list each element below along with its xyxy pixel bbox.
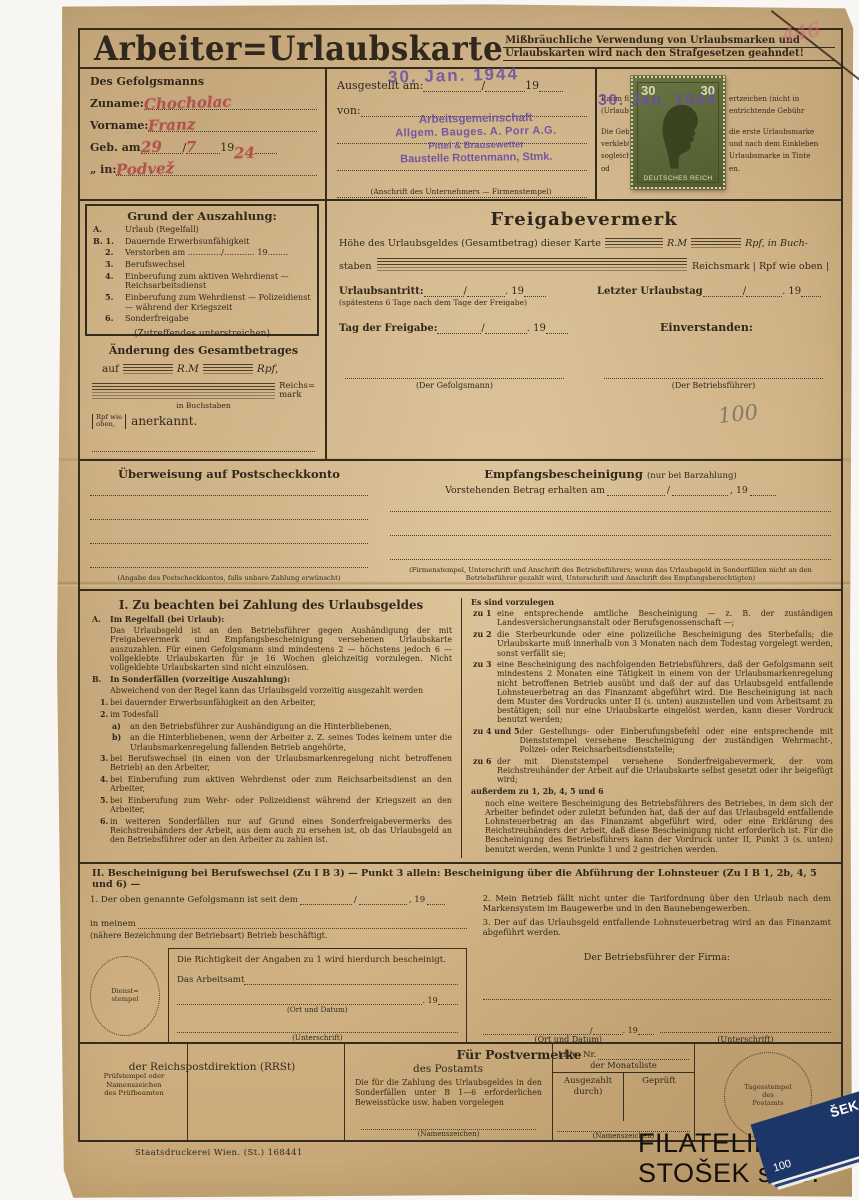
service-stamp-label: Dienst= stempel xyxy=(111,988,139,1004)
place-date-field: . 19 xyxy=(177,994,458,1005)
birthdate-field: Geb. am 29 / 7 19 24 xyxy=(90,141,317,154)
signature-caption: (Unterschrift) xyxy=(177,1033,458,1042)
fee-frag: Die Gebühr wird fälli xyxy=(601,126,629,138)
company-rubber-stamp: Arbeitsgemeinschaft Allgem. Bauges. A. P… xyxy=(352,110,601,168)
year-printed: . 19 xyxy=(505,286,524,297)
section-two-left: 1. Der oben genannte Gefolgsmann ist sei… xyxy=(90,894,483,942)
para-text: Es sind vorzulegen xyxy=(471,598,833,607)
para-number xyxy=(90,686,110,695)
fill-line xyxy=(390,501,831,512)
company-type-label: in meinem xyxy=(90,919,136,929)
rpf-wie-oben-2: oben, xyxy=(96,420,115,428)
certify-text: Die Richtigkeit der Angaben zu 1 wird hi… xyxy=(177,955,458,965)
fee-frag: ertzeichen (nicht in xyxy=(729,93,841,105)
para-text: im Todesfall xyxy=(110,710,452,719)
amount-words-rules xyxy=(377,258,687,272)
fill-line xyxy=(483,1024,590,1035)
firstname-fill-line: Franz xyxy=(148,121,317,132)
fill-line xyxy=(300,894,352,905)
tariff-note: 2. Mein Betrieb fällt nicht unter die Ta… xyxy=(483,894,831,914)
para-text: bei Einberufung zum aktiven Wehrdienst o… xyxy=(110,775,452,793)
vacation-end-field: Letzter Urlaubstag / . 19 xyxy=(571,286,829,297)
transfer-caption: (Angabe des Postscheckkontos, falls unba… xyxy=(90,574,368,582)
paragraph: 3.bei Berufswechsel (in einen von der Ur… xyxy=(90,754,452,772)
warning-line-2: Urlaubskarten wird nach den Strafgesetze… xyxy=(503,48,835,61)
reason-item: 3.Berufswechsel xyxy=(91,260,313,270)
signature-row: (Der Gefolgsmann) (Der Betriebsführer) xyxy=(339,368,829,390)
header-row: Arbeiter=Urlaubskarte Mißbräuchliche Ver… xyxy=(80,30,841,69)
fill-line xyxy=(750,485,776,496)
paragraph: Es sind vorzulegen xyxy=(471,598,833,607)
sticker-label: ŠEK xyxy=(828,1098,859,1121)
vacation-start-note: (spätestens 6 Tage nach dem Tage der Fre… xyxy=(339,298,829,307)
para-number xyxy=(471,799,485,854)
fill-line xyxy=(390,525,831,536)
rpf-wie-oben: Rpf wie oben, xyxy=(92,414,126,429)
firstname-value: Franz xyxy=(148,124,195,126)
receipt-title: Empfangsbescheinigung (nur bei Barzahlun… xyxy=(390,467,831,481)
reason-item: A.Urlaub (Regelfall) xyxy=(91,225,313,235)
amount-words-line: staben Reichsmark | Rpf wie oben | xyxy=(339,258,829,272)
year-printed: . 19 xyxy=(782,286,801,297)
signature-field xyxy=(177,1022,458,1033)
service-stamp-label-2: stempel xyxy=(111,995,138,1003)
fill-line xyxy=(244,974,457,985)
printer-imprint: Staatsdruckerei Wien. (St.) 168441 xyxy=(135,1148,303,1158)
date-stamp-on-revenue: 30. Jan. 1944 xyxy=(598,92,716,110)
paragraph: zu 6der mit Dienststempel versehene Sond… xyxy=(471,757,833,784)
acknowledged-line: Rpf wie oben, anerkannt. xyxy=(92,414,315,429)
fill-line xyxy=(593,1024,623,1035)
agreed-label: Einverstanden: xyxy=(584,321,829,334)
stamp-country-label: DEUTSCHES REICH xyxy=(633,175,723,182)
section-two-columns: 1. Der oben genannte Gefolgsmann ist sei… xyxy=(90,894,831,942)
paragraph: Abweichend von der Regel kann das Urlaub… xyxy=(90,686,452,695)
payout-reason-box: Grund der Auszahlung: A.Urlaub (Regelfal… xyxy=(85,204,319,336)
labor-office-field: Das Arbeitsamt xyxy=(177,974,458,985)
para-number: a) xyxy=(110,722,130,731)
section-two-right: 2. Mein Betrieb fällt nicht unter die Ta… xyxy=(483,894,831,942)
reason-text: Dauernde Erwerbsunfähigkeit xyxy=(125,237,313,247)
para-text: noch eine weitere Bescheinigung des Betr… xyxy=(485,799,833,854)
para-text: die Sterbeurkunde oder eine polizeiliche… xyxy=(497,630,833,657)
day-stamp-label: Tagesstempel des Postamts xyxy=(744,1084,791,1107)
section-one-right: Es sind vorzulegen zu 1eine entsprechend… xyxy=(462,598,833,858)
fee-frag: sogleich mit dem Ent xyxy=(601,150,629,162)
birth-month-line: 7 xyxy=(186,143,220,154)
signature-line xyxy=(604,368,823,379)
fee-frag: die erste Urlaubsmarke xyxy=(729,126,841,138)
fill-line xyxy=(424,286,464,297)
birth-year-line xyxy=(255,143,277,154)
amount-rules xyxy=(203,364,253,375)
reason-text: Urlaub (Regelfall) xyxy=(125,225,313,235)
paragraph: a)an den Betriebsführer zur Aushändigung… xyxy=(90,722,452,731)
para-number: 6. xyxy=(90,817,110,844)
surname-field: Zuname: Chocholac xyxy=(90,97,317,110)
received-label: Vorstehenden Betrag erhalten am xyxy=(445,485,605,496)
para-text: an die Hinterbliebenen, wenn der Arbeite… xyxy=(130,733,452,751)
received-line: Vorstehenden Betrag erhalten am / , 19 xyxy=(390,485,831,496)
initials-caption: (Namenszeichen) xyxy=(355,1130,542,1138)
fill-line xyxy=(90,485,368,496)
fill-line xyxy=(361,1119,536,1130)
fill-line xyxy=(746,286,782,297)
fill-line xyxy=(437,323,481,334)
para-text: Abweichend von der Regel kann das Urlaub… xyxy=(110,686,452,695)
para-text: außerdem zu 1, 2b, 4, 5 und 6 xyxy=(471,787,833,796)
reason-number: 5. xyxy=(91,293,125,312)
birthplace-label: „ in: xyxy=(90,163,116,176)
paid-by-label-2: durch) xyxy=(574,1087,603,1097)
signature-worker: (Der Gefolgsmann) xyxy=(345,368,564,390)
post-office-text: Die für die Zahlung des Urlaubsgeldes in… xyxy=(355,1078,542,1119)
para-text: Das Urlaubsgeld ist an den Betriebsführe… xyxy=(110,626,452,672)
paragraph: zu 4 und 5der Gestellungs- oder Einberuf… xyxy=(471,727,833,754)
in-words-caption: in Buchstaben xyxy=(92,401,315,410)
fee-frag: Urlaubsmarke in Tinte xyxy=(729,150,841,162)
day-stamp-label-3: Postamts xyxy=(752,1099,783,1107)
reason-text: Berufswechsel xyxy=(125,260,313,270)
fill-line xyxy=(672,485,728,496)
reichsmark-label: Reichs= mark xyxy=(279,382,315,400)
fill-line xyxy=(546,323,568,334)
birth-day-line: 29 xyxy=(141,143,183,154)
para-number: 4. xyxy=(90,775,110,793)
paragraph: zu 3eine Bescheinigung des nachfolgenden… xyxy=(471,660,833,724)
birthplace-field: „ in: Podvež xyxy=(90,163,317,176)
fee-frag: od xyxy=(601,163,629,175)
fill-line xyxy=(90,509,368,520)
amount-label: Höhe des Urlaubsgeldes (Gesamtbetrag) di… xyxy=(339,238,601,249)
issuer-caption: (Anschrift des Unternehmers — Firmenstem… xyxy=(327,187,595,196)
firstname-field: Vorname: Franz xyxy=(90,119,317,132)
birthplace-value: Podvež xyxy=(116,168,174,170)
place-date-caption: (Ort und Datum) xyxy=(177,1005,458,1014)
slash-glyph: / xyxy=(354,895,357,905)
fill-line xyxy=(467,286,505,297)
paragraph: 5.bei Einberufung zum Wehr- oder Polizei… xyxy=(90,796,452,814)
tax-note: 3. Der auf das Urlaubsgeld entfallende L… xyxy=(483,918,831,938)
firstname-label: Vorname: xyxy=(90,119,148,132)
firm-place-date-line: / . 19 xyxy=(483,1024,654,1035)
checked-cell: Geprüft xyxy=(624,1073,694,1121)
paragraph: 4.bei Einberufung zum aktiven Wehrdienst… xyxy=(90,775,452,793)
fill-line xyxy=(524,286,546,297)
firm-signature: (Unterschrift) xyxy=(660,1022,831,1044)
reason-item: B. 1.Dauernde Erwerbsunfähigkeit xyxy=(91,237,313,247)
fill-line xyxy=(177,1022,458,1033)
fill-line xyxy=(638,1024,654,1035)
inspector-note-3: des Prüfbeamten xyxy=(104,1089,164,1097)
vacation-start-label: Urlaubsantritt: xyxy=(339,286,424,297)
section-two-bottom: Dienst= stempel Die Richtigkeit der Anga… xyxy=(90,948,831,1044)
para-text: Im Regelfall (bei Urlaub): xyxy=(110,615,452,624)
para-text: in weiteren Sonderfällen nur auf Grund e… xyxy=(110,817,452,844)
fill-line xyxy=(483,989,831,1000)
para-text: eine entsprechende amtliche Bescheinigun… xyxy=(497,609,833,627)
fill-line xyxy=(177,994,422,1005)
section-one-left: I. Zu beachten bei Zahlung des Urlaubsge… xyxy=(90,598,462,858)
issued-year-printed: 19 xyxy=(525,79,539,92)
signature-employer-caption: (Der Betriebsführer) xyxy=(672,381,756,390)
sticker-value: 100 xyxy=(772,1158,793,1175)
fill-line xyxy=(427,894,445,905)
para-number: 1. xyxy=(90,698,110,707)
fill-line xyxy=(801,286,821,297)
inspector-note-2: Namenszeichen xyxy=(106,1081,161,1089)
firm-place-date: / . 19 (Ort und Datum) xyxy=(483,1024,654,1044)
company-type-field: in meinem xyxy=(90,918,467,929)
transfer-fill-lines xyxy=(90,481,368,572)
para-text: bei dauernder Erwerbsunfähigkeit an den … xyxy=(110,698,452,707)
inspector-note-1: Prüfstempel oder xyxy=(104,1072,165,1080)
signature-worker-caption: (Der Gefolgsmann) xyxy=(416,381,493,390)
postal-row: Für Postvermerke der Reichspostdirektion… xyxy=(80,1044,841,1140)
section-two-title: II. Bescheinigung bei Berufswechsel (Zu … xyxy=(90,868,831,890)
day-stamp-label-1: Tagesstempel xyxy=(744,1083,791,1091)
paragraph: B.In Sonderfällen (vorzeitige Auszahlung… xyxy=(90,675,452,684)
issued-year-line xyxy=(539,81,563,92)
section-one: I. Zu beachten bei Zahlung des Urlaubsge… xyxy=(80,591,841,864)
rm-label: R.M xyxy=(667,238,687,249)
surname-value: Chocholac xyxy=(144,101,231,104)
paragraph: 6.in weiteren Sonderfällen nur auf Grund… xyxy=(90,817,452,844)
paragraph: A.Im Regelfall (bei Urlaub): xyxy=(90,615,452,624)
reason-text: Sonderfreigabe xyxy=(125,314,313,324)
fill-line xyxy=(390,549,831,560)
paragraph: außerdem zu 1, 2b, 4, 5 und 6 xyxy=(471,787,833,796)
paid-checked-grid: Ausgezahlt durch) Geprüft xyxy=(553,1073,694,1121)
para-text: bei Einberufung zum Wehr- oder Polizeidi… xyxy=(110,796,452,814)
labor-office-label: Das Arbeitsamt xyxy=(177,975,244,985)
signature-line xyxy=(345,368,564,379)
change-fill-line xyxy=(92,441,315,452)
para-text: eine Bescheinigung des nachfolgenden Bet… xyxy=(497,660,833,724)
fill-line xyxy=(703,286,743,297)
para-number: 3. xyxy=(90,754,110,772)
reason-number: 6. xyxy=(91,314,125,324)
para-number: b) xyxy=(110,733,130,751)
pencil-annotation: 100 xyxy=(717,400,759,428)
reason-text: Verstorben am ............./............… xyxy=(125,248,313,258)
reason-item: 6.Sonderfreigabe xyxy=(91,314,313,324)
scanned-document: Arbeiter=Urlaubskarte Mißbräuchliche Ver… xyxy=(0,0,859,1200)
certification-box: Die Richtigkeit der Angaben zu 1 wird hi… xyxy=(168,948,467,1044)
person-section: Des Gefolgsmanns Zuname: Chocholac Vorna… xyxy=(80,69,327,199)
paragraph: noch eine weitere Bescheinigung des Betr… xyxy=(471,799,833,854)
paragraph: 1.bei dauernder Erwerbsunfähigkeit an de… xyxy=(90,698,452,707)
fill-line xyxy=(660,1022,831,1033)
payout-reason-title: Grund der Auszahlung: xyxy=(91,209,313,223)
fee-frag: en. xyxy=(729,163,841,175)
paid-by-cell: Ausgezahlt durch) xyxy=(553,1073,624,1121)
paragraph: 2.im Todesfall xyxy=(90,710,452,719)
para-text: In Sonderfällen (vorzeitige Auszahlung): xyxy=(110,675,452,684)
firm-place-date-caption: (Ort und Datum) xyxy=(535,1035,603,1044)
release-day-field: Tag der Freigabe: / . 19 xyxy=(339,321,584,334)
para-text: der Gestellungs- oder Einberufungsbefehl… xyxy=(519,727,833,754)
postal-title: Für Postvermerke xyxy=(344,1047,694,1062)
transfer-row: Überweisung auf Postscheckkonto (Angabe … xyxy=(80,461,841,590)
paragraph: b)an die Hinterbliebenen, wenn der Arbei… xyxy=(90,733,452,751)
release-day-line: Tag der Freigabe: / . 19 Einverstanden: xyxy=(339,321,829,334)
para-number xyxy=(90,626,110,672)
receipt-section: Empfangsbescheinigung (nur bei Barzahlun… xyxy=(390,467,831,582)
para-text: an den Betriebsführer zur Aushändigung a… xyxy=(130,722,452,731)
reason-number: A. xyxy=(91,225,125,235)
employed-since-field: 1. Der oben genannte Gefolgsmann ist sei… xyxy=(90,894,467,905)
year-printed: . 19 xyxy=(422,996,437,1005)
amount-rules xyxy=(605,238,663,249)
signature-employer: (Der Betriebsführer) xyxy=(604,368,823,390)
release-note-title: Freigabevermerk xyxy=(339,209,829,230)
reason-item: 5.Einberufung zum Wehrdienst — Polizeidi… xyxy=(91,293,313,312)
amount-words-rules xyxy=(92,383,275,399)
fee-frag: entrichtende Gebühr xyxy=(729,105,841,117)
birthplace-fill-line: Podvež xyxy=(116,165,317,176)
fill-line xyxy=(138,918,467,929)
rpf-suffix: Rpf, in Buch- xyxy=(745,238,808,249)
service-stamp-circle: Dienst= stempel xyxy=(90,956,160,1036)
para-text: bei Berufswechsel (in einen von der Urla… xyxy=(110,754,452,772)
para-number: zu 6 xyxy=(471,757,497,784)
stamp-space-cell xyxy=(188,1044,345,1140)
para-number: zu 1 xyxy=(471,609,497,627)
surname-fill-line: Chocholac xyxy=(144,99,317,110)
para-number: zu 4 und 5 xyxy=(471,727,519,754)
para-number: 2. xyxy=(90,710,110,719)
year-printed: , 19 xyxy=(730,485,748,496)
inspector-stamp-cell: Prüfstempel oder Namenszeichen des Prüfb… xyxy=(80,1044,188,1140)
section-one-title: I. Zu beachten bei Zahlung des Urlaubsge… xyxy=(90,598,452,612)
surname-label: Zuname: xyxy=(90,97,144,110)
vacation-end-label: Letzter Urlaubstag xyxy=(597,286,703,297)
date-stamp: 30. Jan. 1944 xyxy=(388,64,519,87)
paragraph: Das Urlaubsgeld ist an den Betriebsführe… xyxy=(90,626,452,672)
firm-heading: Der Betriebsführer der Firma: xyxy=(483,952,831,963)
paragraph: zu 1eine entsprechende amtliche Beschein… xyxy=(471,609,833,627)
firm-block: Der Betriebsführer der Firma: / . 19 xyxy=(483,948,831,1044)
reichsmark-label-2: mark xyxy=(279,390,301,400)
post-office-heading: des Postamts xyxy=(344,1063,552,1075)
reason-number: 4. xyxy=(91,272,125,291)
vacation-dates-line: Urlaubsantritt: / . 19 Letzter Urlaubsta… xyxy=(339,286,829,297)
reason-item: 4.Einberufung zum aktiven Wehrdienst — R… xyxy=(91,272,313,291)
amount-rules xyxy=(123,364,173,375)
year-printed: . 19 xyxy=(623,1026,638,1035)
company-type-caption: (nähere Bezeichnung der Betriebsart) Bet… xyxy=(90,931,467,940)
para-number: zu 2 xyxy=(471,630,497,657)
amount-change-line: auf R.M Rpf, xyxy=(92,363,315,375)
paper-sheet: Arbeiter=Urlaubskarte Mißbräuchliche Ver… xyxy=(55,3,854,1199)
amount-words-block: Reichs= mark xyxy=(92,382,315,400)
employed-since-label: 1. Der oben genannte Gefolgsmann ist sei… xyxy=(90,895,298,905)
reichsmark-suffix: Reichsmark | Rpf wie oben | xyxy=(692,261,829,272)
amount-change-section: Änderung des Gesamtbetrages auf R.M Rpf,… xyxy=(80,336,325,459)
rm-label: R.M xyxy=(177,363,199,375)
anerkannt-label: anerkannt. xyxy=(131,414,197,428)
para-number: A. xyxy=(90,615,110,624)
birthdate-label: Geb. am xyxy=(90,141,141,154)
fill-line xyxy=(359,894,407,905)
paragraph: zu 2die Sterbeurkunde oder eine polizeil… xyxy=(471,630,833,657)
reason-text: Einberufung zum aktiven Wehrdienst — Rei… xyxy=(125,272,313,291)
form-frame: Arbeiter=Urlaubskarte Mißbräuchliche Ver… xyxy=(78,28,843,1142)
post-directorate-heading: der Reichspostdirektion (RRSt) xyxy=(80,1061,344,1073)
section-two: II. Bescheinigung bei Berufswechsel (Zu … xyxy=(80,864,841,1044)
birth-year-value: 24 xyxy=(234,152,255,153)
staben-label: staben xyxy=(339,261,372,272)
year-printed: , 19 xyxy=(409,895,425,905)
person-heading: Des Gefolgsmanns xyxy=(90,75,317,88)
para-text: der mit Dienststempel versehene Sonderfr… xyxy=(497,757,833,784)
birth-year-printed: 19 xyxy=(220,141,234,154)
receipt-title-text: Empfangsbescheinigung xyxy=(484,467,643,481)
fee-note-right-fragments: ertzeichen (nicht in entrichtende Gebühr… xyxy=(729,93,841,175)
amount-change-title: Änderung des Gesamtbetrages xyxy=(92,344,315,357)
fill-line xyxy=(485,323,527,334)
auf-label: auf xyxy=(102,363,119,375)
paid-by-label-1: Ausgezahlt xyxy=(564,1076,612,1086)
para-number: B. xyxy=(90,675,110,684)
fill-line xyxy=(90,533,368,544)
fee-frag: verklebt und entwertet xyxy=(601,138,629,150)
reason-number: B. 1. xyxy=(91,237,125,247)
firm-signature-row: / . 19 (Ort und Datum) (Unterschrift) xyxy=(483,1022,831,1044)
vacation-start-field: Urlaubsantritt: / . 19 xyxy=(339,286,571,297)
reason-number: 3. xyxy=(91,260,125,270)
birth-day-value: 29 xyxy=(140,146,161,147)
reason-text: Einberufung zum Wehrdienst — Polizeidien… xyxy=(125,293,313,312)
form-title: Arbeiter=Urlaubskarte xyxy=(80,31,503,67)
postal-transfer-section: Überweisung auf Postscheckkonto (Angabe … xyxy=(90,467,390,582)
year-printed: . 19 xyxy=(527,323,546,334)
receipt-fill-lines xyxy=(390,496,831,563)
fee-gap xyxy=(601,118,629,126)
labor-office-block: Dienst= stempel Die Richtigkeit der Anga… xyxy=(90,948,483,1044)
fee-frag: und nach dem Einkleben xyxy=(729,138,841,150)
para-number: 5. xyxy=(90,796,110,814)
fee-gap xyxy=(729,118,841,126)
service-stamp-label-1: Dienst= xyxy=(111,987,139,995)
slash-glyph: / xyxy=(667,485,670,496)
reason-item: 2.Verstorben am ............./..........… xyxy=(91,248,313,258)
receipt-caption: (Firmenstempel, Unterschrift und Anschri… xyxy=(390,566,831,583)
reason-number: 2. xyxy=(91,248,125,258)
release-day-label: Tag der Freigabe: xyxy=(339,323,437,334)
firm-signature-caption: (Unterschrift) xyxy=(717,1035,773,1044)
amount-line: Höhe des Urlaubsgeldes (Gesamtbetrag) di… xyxy=(339,238,829,249)
day-stamp-label-2: des xyxy=(762,1091,774,1099)
para-number: zu 3 xyxy=(471,660,497,724)
rpf-label: Rpf, xyxy=(257,363,278,375)
postal-transfer-title: Überweisung auf Postscheckkonto xyxy=(90,467,368,481)
fill-line xyxy=(607,485,665,496)
checked-label: Geprüft xyxy=(642,1076,676,1086)
left-column: Grund der Auszahlung: A.Urlaub (Regelfal… xyxy=(80,201,327,459)
receipt-title-note: (nur bei Barzahlung) xyxy=(647,471,737,481)
fill-line xyxy=(438,994,458,1005)
release-note-section: Freigabevermerk Höhe des Urlaubsgeldes (… xyxy=(327,201,841,459)
amount-rules xyxy=(691,238,741,249)
fill-line xyxy=(90,557,368,568)
